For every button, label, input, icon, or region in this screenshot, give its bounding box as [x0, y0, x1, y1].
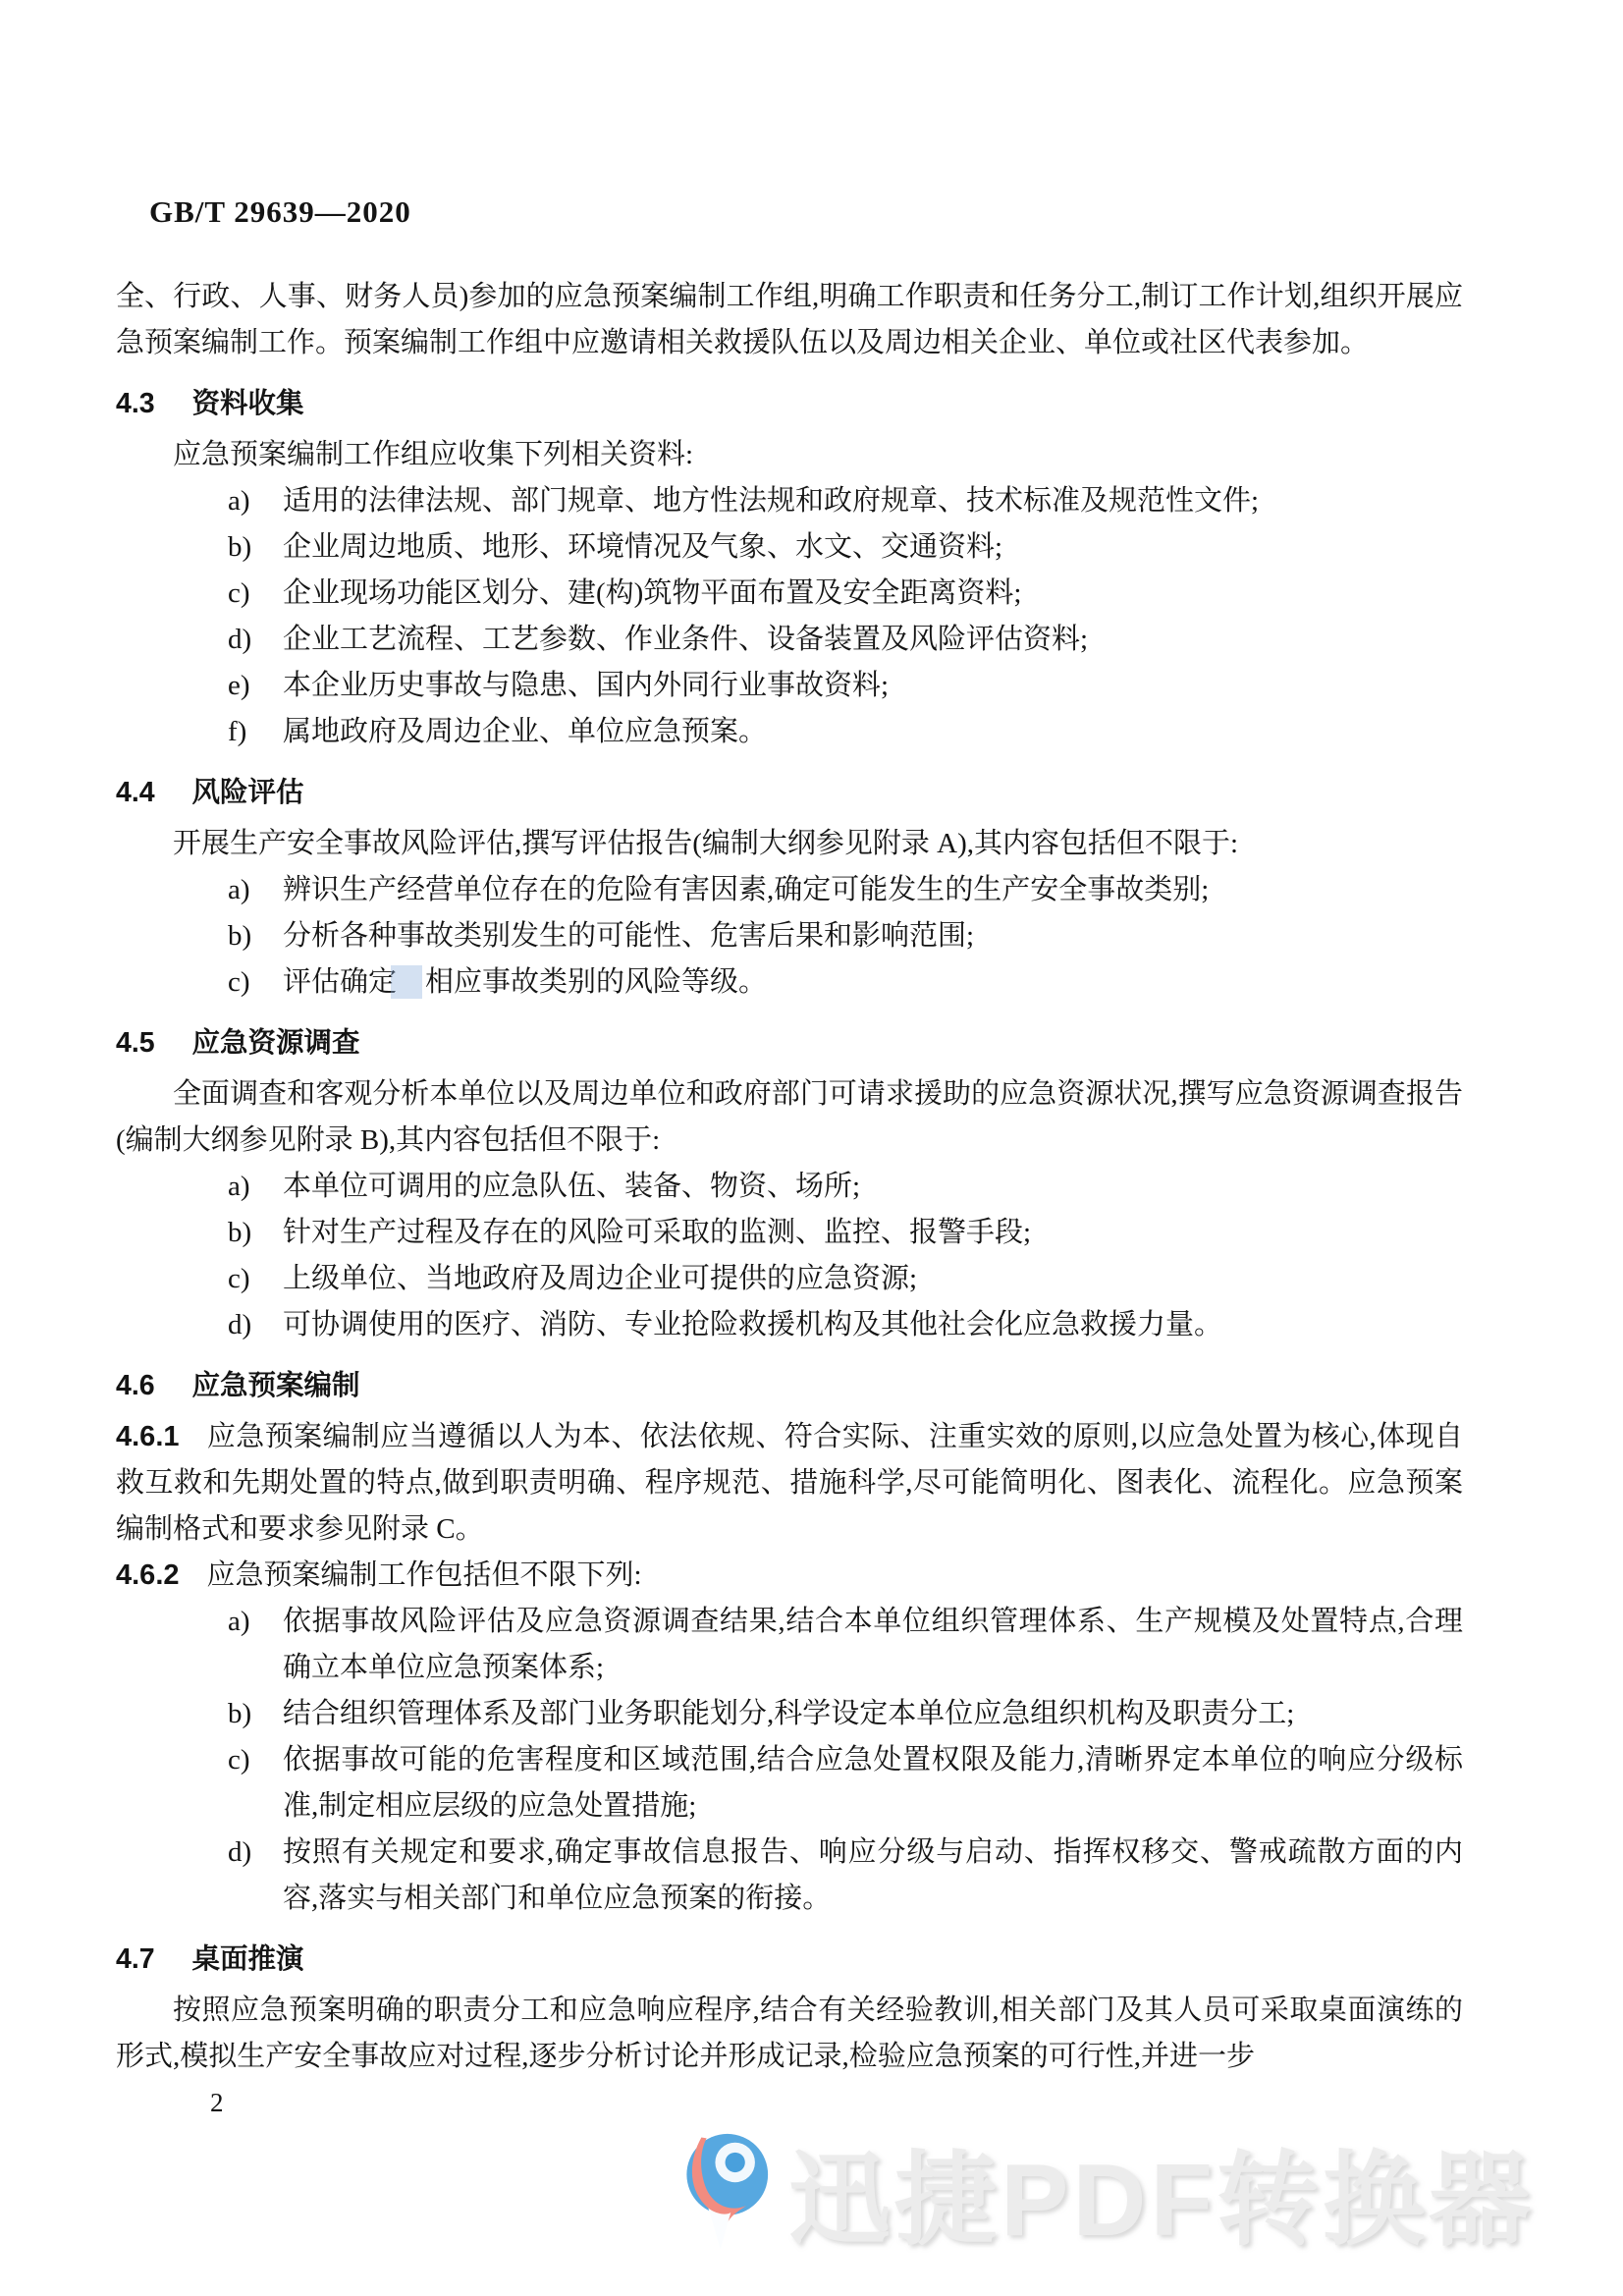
list-item-text: 适用的法律法规、部门规章、地方性法规和政府规章、技术标准及规范性文件; [283, 485, 1259, 517]
list-item: f) 属地政府及周边企业、单位应急预案。 [228, 709, 1463, 755]
list-item: d) 可协调使用的医疗、消防、专业抢险救援机构及其他社会化应急救援力量。 [228, 1302, 1463, 1348]
section-title: 风险评估 [192, 777, 304, 808]
clause-number: 4.6.2 [116, 1559, 180, 1591]
section-4-4: 4.4 风险评估 开展生产安全事故风险评估,撰写评估报告(编制大纲参见附录 A)… [116, 770, 1463, 1006]
section-number: 4.7 [116, 1943, 155, 1975]
list-marker: d) [228, 1830, 251, 1876]
list-item-text: 分析各种事故类别发生的可能性、危害后果和影响范围; [283, 920, 974, 952]
ordered-list: a) 适用的法律法规、部门规章、地方性法规和政府规章、技术标准及规范性文件; b… [116, 478, 1463, 755]
list-item: c) 企业现场功能区划分、建(构)筑物平面布置及安全距离资料; [228, 571, 1463, 617]
section-title: 资料收集 [192, 388, 304, 419]
section-number: 4.4 [116, 777, 155, 808]
section-number: 4.6 [116, 1370, 155, 1401]
list-item-text: 针对生产过程及存在的风险可采取的监测、监控、报警手段; [283, 1217, 1031, 1248]
list-marker: a) [228, 1599, 250, 1645]
list-marker: a) [228, 867, 250, 913]
clause-4-6-1: 4.6.1应急预案编制应当遵循以人为本、依法依规、符合实际、注重实效的原则,以应… [116, 1414, 1463, 1553]
ordered-list: a) 依据事故风险评估及应急资源调查结果,结合本单位组织管理体系、生产规模及处置… [116, 1599, 1463, 1922]
list-item-text: 结合组织管理体系及部门业务职能划分,科学设定本单位应急组织机构及职责分工; [283, 1698, 1294, 1729]
ordered-list: a) 本单位可调用的应急队伍、装备、物资、场所; b) 针对生产过程及存在的风险… [116, 1164, 1463, 1348]
clause-text: 应急预案编制工作包括但不限下列: [207, 1559, 642, 1591]
section-heading: 4.7 桌面推演 [116, 1937, 1463, 1983]
list-item: e) 本企业历史事故与隐患、国内外同行业事故资料; [228, 663, 1463, 709]
list-item: b) 分析各种事故类别发生的可能性、危害后果和影响范围; [228, 913, 1463, 959]
list-marker: a) [228, 478, 250, 524]
section-heading: 4.4 风险评估 [116, 770, 1463, 816]
clause-text: 应急预案编制应当遵循以人为本、依法依规、符合实际、注重实效的原则,以应急处置为核… [116, 1421, 1463, 1545]
section-title: 应急预案编制 [192, 1370, 360, 1401]
section-lead: 按照应急预案明确的职责分工和应急响应程序,结合有关经验教训,相关部门及其人员可采… [116, 1988, 1463, 2080]
section-heading: 4.6 应急预案编制 [116, 1363, 1463, 1409]
section-4-6: 4.6 应急预案编制 4.6.1应急预案编制应当遵循以人为本、依法依规、符合实际… [116, 1363, 1463, 1922]
list-item: b) 企业周边地质、地形、环境情况及气象、水文、交通资料; [228, 524, 1463, 571]
list-item: a) 辨识生产经营单位存在的危险有害因素,确定可能发生的生产安全事故类别; [228, 867, 1463, 913]
list-item: a) 适用的法律法规、部门规章、地方性法规和政府规章、技术标准及规范性文件; [228, 478, 1463, 524]
list-item: d) 按照有关规定和要求,确定事故信息报告、响应分级与启动、指挥权移交、警戒疏散… [228, 1830, 1463, 1922]
list-marker: b) [228, 1210, 251, 1256]
list-marker: b) [228, 1691, 251, 1737]
list-marker: a) [228, 1164, 250, 1210]
list-marker: e) [228, 663, 250, 709]
list-marker: b) [228, 913, 251, 959]
list-item: a) 本单位可调用的应急队伍、装备、物资、场所; [228, 1164, 1463, 1210]
list-item-text: 依据事故可能的危害程度和区域范围,结合应急处置权限及能力,清晰界定本单位的响应分… [283, 1744, 1463, 1822]
clause-4-6-2: 4.6.2应急预案编制工作包括但不限下列: [116, 1553, 1463, 1599]
list-marker: b) [228, 524, 251, 571]
list-item-text: 上级单位、当地政府及周边企业可提供的应急资源; [283, 1263, 917, 1294]
list-item-text: 评估确定 相应事故类别的风险等级。 [283, 966, 767, 998]
list-item-text: 企业周边地质、地形、环境情况及气象、水文、交通资料; [283, 531, 1002, 563]
list-item-text: 依据事故风险评估及应急资源调查结果,结合本单位组织管理体系、生产规模及处置特点,… [283, 1606, 1463, 1683]
section-title: 桌面推演 [192, 1943, 304, 1975]
list-item: a) 依据事故风险评估及应急资源调查结果,结合本单位组织管理体系、生产规模及处置… [228, 1599, 1463, 1691]
list-marker: c) [228, 959, 250, 1006]
list-item: b) 结合组织管理体系及部门业务职能划分,科学设定本单位应急组织机构及职责分工; [228, 1691, 1463, 1737]
list-item-text: 本企业历史事故与隐患、国内外同行业事故资料; [283, 670, 889, 701]
clause-number: 4.6.1 [116, 1421, 180, 1452]
list-marker: c) [228, 571, 250, 617]
list-item-text: 企业工艺流程、工艺参数、作业条件、设备装置及风险评估资料; [283, 624, 1088, 655]
document-content: GB/T 29639—2020 全、行政、人事、财务人员)参加的应急预案编制工作… [116, 189, 1463, 2122]
section-title: 应急资源调查 [192, 1027, 360, 1059]
list-item-text: 辨识生产经营单位存在的危险有害因素,确定可能发生的生产安全事故类别; [283, 874, 1209, 905]
list-item: d) 企业工艺流程、工艺参数、作业条件、设备装置及风险评估资料; [228, 617, 1463, 663]
pdf-converter-logo [682, 2126, 769, 2256]
watermark: 迅捷PDF转换器 [682, 2117, 1535, 2265]
section-4-5: 4.5 应急资源调查 全面调查和客观分析本单位以及周边单位和政府部门可请求援助的… [116, 1020, 1463, 1348]
document-page: GB/T 29639—2020 全、行政、人事、财务人员)参加的应急预案编制工作… [0, 0, 1623, 2296]
list-item: b) 针对生产过程及存在的风险可采取的监测、监控、报警手段; [228, 1210, 1463, 1256]
section-4-7: 4.7 桌面推演 按照应急预案明确的职责分工和应急响应程序,结合有关经验教训,相… [116, 1937, 1463, 2080]
page-number: 2 [210, 2083, 1463, 2122]
standard-number: GB/T 29639—2020 [149, 189, 1463, 235]
section-lead: 应急预案编制工作组应收集下列相关资料: [116, 432, 1463, 478]
list-item: c) 依据事故可能的危害程度和区域范围,结合应急处置权限及能力,清晰界定本单位的… [228, 1737, 1463, 1830]
section-lead: 全面调查和客观分析本单位以及周边单位和政府部门可请求援助的应急资源状况,撰写应急… [116, 1071, 1463, 1164]
list-marker: d) [228, 1302, 251, 1348]
list-marker: c) [228, 1256, 250, 1302]
watermark-text: 迅捷PDF转换器 [788, 2117, 1535, 2265]
list-item-text: 企业现场功能区划分、建(构)筑物平面布置及安全距离资料; [283, 577, 1021, 609]
list-item: c) 上级单位、当地政府及周边企业可提供的应急资源; [228, 1256, 1463, 1302]
list-marker: f) [228, 709, 246, 755]
list-item-text: 可协调使用的医疗、消防、专业抢险救援机构及其他社会化应急救援力量。 [283, 1309, 1222, 1340]
list-item-text: 本单位可调用的应急队伍、装备、物资、场所; [283, 1171, 860, 1202]
section-number: 4.3 [116, 388, 155, 419]
list-item-text: 属地政府及周边企业、单位应急预案。 [283, 716, 767, 747]
section-heading: 4.5 应急资源调查 [116, 1020, 1463, 1066]
list-marker: c) [228, 1737, 250, 1783]
watermark-artifact [391, 965, 422, 999]
section-heading: 4.3 资料收集 [116, 381, 1463, 427]
section-number: 4.5 [116, 1027, 155, 1059]
section-4-3: 4.3 资料收集 应急预案编制工作组应收集下列相关资料: a) 适用的法律法规、… [116, 381, 1463, 755]
list-item: c) 评估确定 相应事故类别的风险等级。 [228, 959, 1463, 1006]
ordered-list: a) 辨识生产经营单位存在的危险有害因素,确定可能发生的生产安全事故类别; b)… [116, 867, 1463, 1006]
list-marker: d) [228, 617, 251, 663]
list-item-text: 按照有关规定和要求,确定事故信息报告、响应分级与启动、指挥权移交、警戒疏散方面的… [283, 1836, 1463, 1914]
section-lead: 开展生产安全事故风险评估,撰写评估报告(编制大纲参见附录 A),其内容包括但不限… [116, 821, 1463, 867]
intro-paragraph: 全、行政、人事、财务人员)参加的应急预案编制工作组,明确工作职责和任务分工,制订… [116, 274, 1463, 366]
